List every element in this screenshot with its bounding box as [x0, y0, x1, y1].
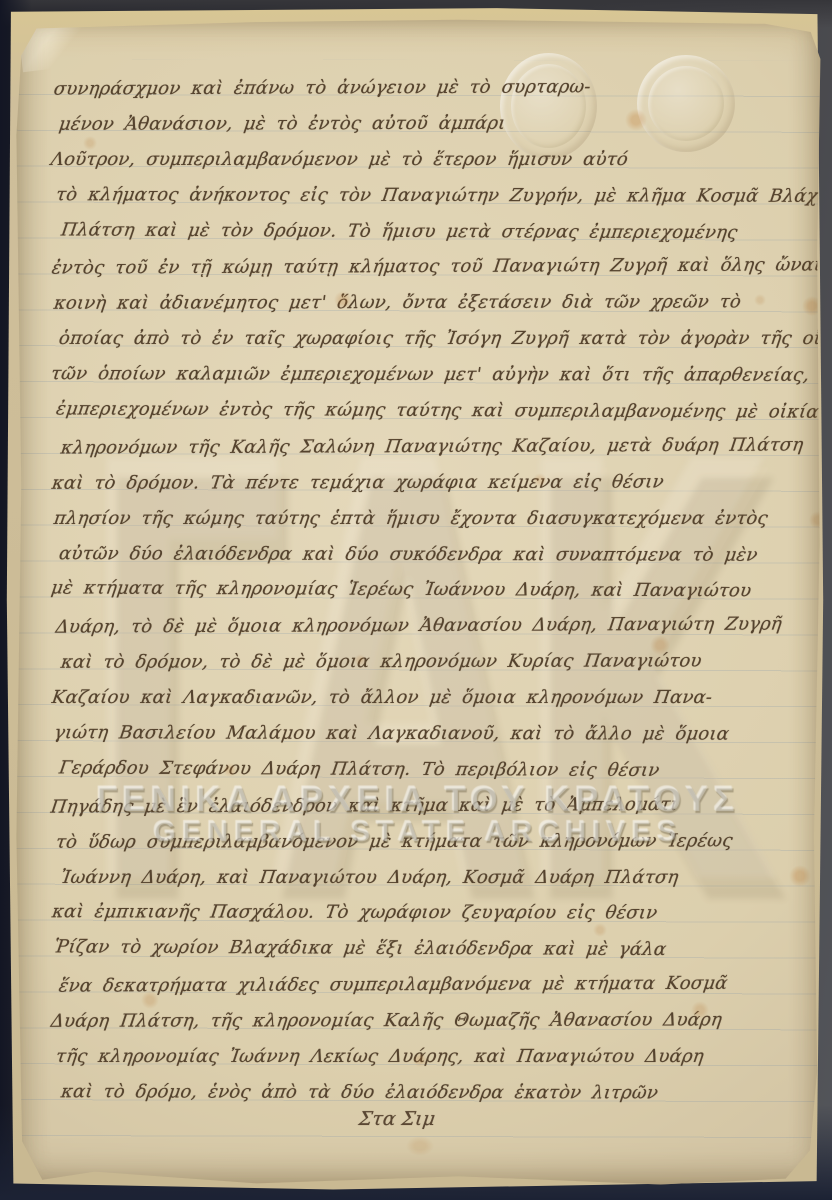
manuscript-line: ὁποίας ἀπὸ τὸ ἐν ταῖς χωραφίοις τῆς Ἰσόγ…	[56, 321, 808, 357]
manuscript-line: Ῥίζαν τὸ χωρίον Βλαχάδικα μὲ ἕξι ἐλαιόδε…	[52, 930, 809, 969]
manuscript-page: ΓΑΚ συνηράσχμον καὶ ἐπάνω τὸ ἀνώγειον μὲ…	[14, 18, 822, 1188]
manuscript-line: τὸ ὕδωρ συμπεριλαμβανόμενον μὲ κτήματα τ…	[53, 823, 808, 860]
manuscript-line: αὐτῶν δύο ἐλαιόδενδρα καὶ δύο συκόδενδρα…	[57, 536, 809, 573]
manuscript-line: Ἰωάννη Δυάρη, καὶ Παναγιώτου Δυάρη, Κοσμ…	[58, 860, 808, 896]
manuscript-line: γιώτη Βασιλείου Μαλάμου καὶ Λαγκαδιανοῦ,…	[52, 715, 809, 752]
catchword-line: Στα Σιμ	[0, 1108, 803, 1130]
manuscript-line: Δυάρη, τὸ δὲ μὲ ὅμοια κληρονόμων Ἀθανασί…	[53, 607, 808, 646]
manuscript-line: Δυάρη Πλάτση, τῆς κληρονομίας Καλῆς Θωμα…	[48, 1002, 808, 1039]
manuscript-line: Λοῦτρον, συμπεριλαμβανόμενον μὲ τὸ ἕτερο…	[48, 142, 808, 178]
manuscript-line: μὲ κτήματα τῆς κληρονομίας Ἱερέως Ἰωάννο…	[49, 571, 809, 610]
manuscript-line: Καζαίου καὶ Λαγκαδιανῶν, τὸ ἄλλον μὲ ὅμο…	[49, 680, 808, 716]
manuscript-line: καὶ ἐμπικιανῆς Πασχάλου. Τὸ χωράφιον ζευ…	[50, 895, 809, 932]
manuscript-line: καὶ τὸ δρόμον, τὸ δὲ μὲ ὅμοια κληρονόμων…	[58, 643, 808, 680]
manuscript-line: καὶ τὸ δρόμον. Τὰ πέντε τεμάχια χωράφια …	[49, 464, 808, 501]
manuscript-line: ἕνα δεκατρήματα χιλιάδες συμπεριλαμβανόμ…	[56, 966, 808, 1005]
manuscript-line: Πλάτση καὶ μὲ τὸν δρόμον. Τὸ ἥμισυ μετὰ …	[59, 212, 809, 251]
manuscript-line: τῆς κληρονομίας Ἰωάννη Λεκίως Δυάρης, κα…	[53, 1039, 808, 1075]
manuscript-line: κοινὴ καὶ ἀδιανέμητος μετ' ὅλων, ὄντα ἐξ…	[51, 285, 808, 322]
manuscript-line: ἐντὸς τοῦ ἐν τῇ κώμῃ ταύτῃ κλήματος τοῦ …	[49, 248, 808, 287]
manuscript-line: ἐμπεριεχομένων ἐντὸς τῆς κώμης ταύτης κα…	[54, 391, 809, 430]
manuscript-line: καὶ τὸ δρόμο, ἑνὸς ἀπὸ τὰ δύο ἐλαιόδενδρ…	[59, 1074, 809, 1111]
manuscript-line: τὸ κλήματος ἀνήκοντος εἰς τὸν Παναγιώτην…	[54, 177, 809, 214]
manuscript-line: συνηράσχμον καὶ ἐπάνω τὸ ἀνώγειον μὲ τὸ …	[51, 68, 808, 107]
manuscript-line: πλησίον τῆς κώμης ταύτης ἑπτὰ ἥμισυ ἔχον…	[51, 501, 808, 537]
manuscript-line: Πηγάδης μὲ ἓν ἐλαιόδενδρον καὶ κτῆμα καὶ…	[48, 786, 808, 825]
manuscript-line: κληρονόμων τῆς Καλῆς Σαλώνη Παναγιώτης Κ…	[58, 427, 808, 466]
handwritten-text-block: συνηράσχμον καὶ ἐπάνω τὸ ἀνώγειον μὲ τὸ …	[54, 70, 806, 1111]
photo-background: ΓΑΚ συνηράσχμον καὶ ἐπάνω τὸ ἀνώγειον μὲ…	[0, 0, 832, 1200]
manuscript-line: τῶν ὁποίων καλαμιῶν ἐμπεριεχομένων μετ' …	[49, 356, 809, 393]
manuscript-line: μένον Ἀθανάσιον, μὲ τὸ ἐντὸς αὐτοῦ ἀμπάρ…	[56, 105, 808, 142]
manuscript-line: Γεράρδου Στεφάνου Δυάρη Πλάτση. Τὸ περιβ…	[57, 750, 809, 789]
